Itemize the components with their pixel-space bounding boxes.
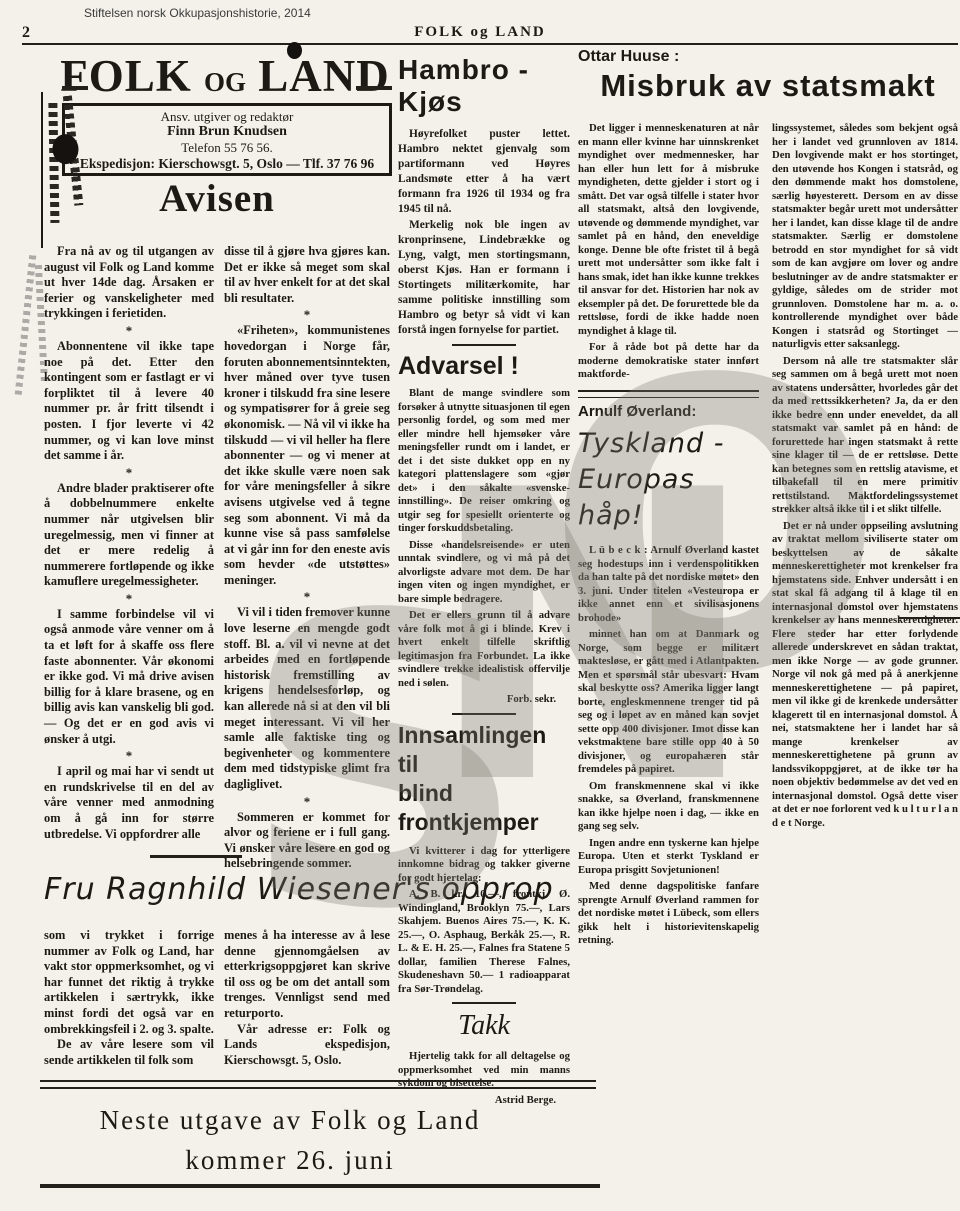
overland-title-line1: Tyskland - [578, 428, 724, 459]
paragraph: Andre blader praktiserer ofte å dobbelnu… [44, 481, 214, 590]
star-separator: * [44, 323, 214, 338]
paragraph: I samme forbindelse vil vi også anmode v… [44, 607, 214, 747]
paragraph: Sommeren er kommet for alvor og feriene … [224, 810, 390, 872]
overland-byline: Arnulf Øverland: [578, 405, 759, 419]
paragraph: minnet han om at Danmark og Norge, som b… [578, 628, 759, 777]
misbruk-column-1: Det ligger i menneskenaturen at når en m… [578, 122, 759, 951]
running-title: FOLK og LAND [300, 24, 660, 41]
masthead-title: FOLK OG LAND [58, 52, 392, 106]
wiesener-column-1: som vi trykket i forrige nummer av Folk … [44, 928, 214, 1068]
paragraph: Dersom nå alle tre statsmakter slår seg … [772, 355, 958, 517]
hambro-kjos-heading: Hambro - Kjøs [398, 54, 570, 118]
paragraph: Høyrefolket puster lettet. Hambro nektet… [398, 127, 570, 218]
print-artifact-line [898, 617, 960, 619]
star-separator: * [44, 748, 214, 763]
takk-heading: Takk [398, 1010, 570, 1042]
masthead-title-folk: FOLK [60, 51, 192, 101]
signature: Forb. sekr. [398, 693, 570, 707]
paragraph: For å råde bot på dette har da moderne d… [578, 341, 759, 382]
divider [452, 344, 516, 346]
avisen-column-2: disse til å gjøre hva gjøres kan. Det er… [224, 244, 390, 872]
divider [452, 713, 516, 715]
newspaper-page: Stiftelsen norsk Okkupasjonshistorie, 20… [0, 0, 960, 1211]
masthead-dash-right [356, 86, 392, 90]
masthead-title-land: LAND [258, 51, 390, 101]
paragraph: Det er ellers grunn til å advare våre fo… [398, 609, 570, 690]
page-number: 2 [22, 24, 30, 42]
star-separator: * [44, 591, 214, 606]
star-separator: * [224, 589, 390, 604]
paragraph: Vi vil i tiden fremover kunne love leser… [224, 605, 390, 792]
star-separator: * [224, 794, 390, 809]
wiesener-column-2: menes å ha interesse av å lese denne gje… [224, 928, 390, 1068]
innsamlingen-heading-line2: blind frontkjemper [398, 780, 539, 835]
paragraph: Abonnentene vil ikke tape noe på det. Et… [44, 339, 214, 464]
masthead-dash-left [62, 86, 88, 90]
next-issue-line1: Neste utgave av Folk og Land [58, 1100, 522, 1140]
paragraph: Med denne dagspolitiske fanfare sprengte… [578, 880, 759, 948]
paragraph: Det ligger i menneskenaturen at når en m… [578, 122, 759, 338]
imprint-phone: Telefon 55 76 56. [69, 140, 385, 155]
misbruk-column-2: lingssystemet, således som bekjent også … [772, 122, 958, 833]
divider [578, 390, 759, 398]
overland-title-line2: Europas håp! [578, 464, 695, 531]
middle-column: Hambro - Kjøs Høyrefolket puster lettet.… [398, 54, 570, 1110]
scan-attribution: Stiftelsen norsk Okkupasjonshistorie, 20… [84, 6, 311, 20]
paragraph: I april og mai har vi sendt ut en rundsk… [44, 764, 214, 842]
next-issue-notice: Neste utgave av Folk og Land kommer 26. … [58, 1100, 522, 1180]
paragraph: Om franskmennene skal vi ikke snakke, sa… [578, 780, 759, 834]
imprint-address: Ekspedisjon: Kierschowsgt. 5, Oslo — Tlf… [69, 155, 385, 172]
imprint-editor-name: Finn Brun Knudsen [69, 124, 385, 140]
paragraph: lingssystemet, således som bekjent også … [772, 122, 958, 352]
takk-body: Hjertelig takk for all deltagelse og opp… [398, 1050, 570, 1107]
header-rule [22, 43, 958, 45]
innsamlingen-body: Vi kvitterer i dag for ytterligere innko… [398, 845, 570, 997]
paragraph: menes å ha interesse av å lese denne gje… [224, 928, 390, 1022]
advarsel-heading: Advarsel ! [398, 352, 570, 380]
overland-title: Tyskland - Europas håp! [578, 426, 759, 534]
paragraph: som vi trykket i forrige nummer av Folk … [44, 928, 214, 1037]
bottom-rule [40, 1184, 600, 1188]
next-issue-line2: kommer 26. juni [58, 1140, 522, 1180]
paragraph: Vår adresse er: Folk og Lands ekspedisjo… [224, 1022, 390, 1069]
hambro-kjos-body: Høyrefolket puster lettet. Hambro nektet… [398, 127, 570, 338]
paragraph: disse til å gjøre hva gjøres kan. Det er… [224, 244, 390, 306]
imprint-editor-label: Ansv. utgiver og redaktør [69, 109, 385, 124]
paragraph: L ü b e c k : Arnulf Øverland kastet seg… [578, 544, 759, 625]
paragraph: «Friheten», kommunistenes hovedorgan i N… [224, 323, 390, 588]
masthead-imprint-box: Ansv. utgiver og redaktør Finn Brun Knud… [62, 103, 392, 176]
divider [452, 1002, 516, 1004]
paragraph: Merkelig nok ble ingen av kronprinsene, … [398, 218, 570, 339]
avisen-heading: Avisen [44, 176, 390, 221]
avisen-column-1: Fra nå av og til utgangen av august vil … [44, 244, 214, 842]
misbruk-headline: Misbruk av statsmakt [578, 68, 958, 104]
double-rule [40, 1080, 596, 1089]
divider [150, 855, 242, 858]
masthead-title-og: OG [204, 67, 246, 97]
star-separator: * [44, 465, 214, 480]
misbruk-kicker: Ottar Huuse : [578, 48, 679, 66]
paragraph: Det er nå under oppseiling avslutning av… [772, 520, 958, 831]
paragraph: De av våre lesere som vil sende artikkel… [44, 1037, 214, 1068]
star-separator: * [224, 307, 390, 322]
advarsel-body: Blant de mange svindlere som forsøker å … [398, 387, 570, 707]
paragraph: Blant de mange svindlere som forsøker å … [398, 387, 570, 536]
paragraph: Ingen andre enn tyskerne kan hjelpe Euro… [578, 837, 759, 878]
innsamlingen-heading: Innsamlingen til blind frontkjemper [398, 721, 570, 837]
paragraph: Disse «handelsreisende» er uten unntak s… [398, 539, 570, 607]
wiesener-heading: Fru Ragnhild Wiesener's opprop [44, 872, 494, 907]
innsamlingen-heading-line1: Innsamlingen til [398, 722, 546, 777]
paragraph: Fra nå av og til utgangen av august vil … [44, 244, 214, 322]
